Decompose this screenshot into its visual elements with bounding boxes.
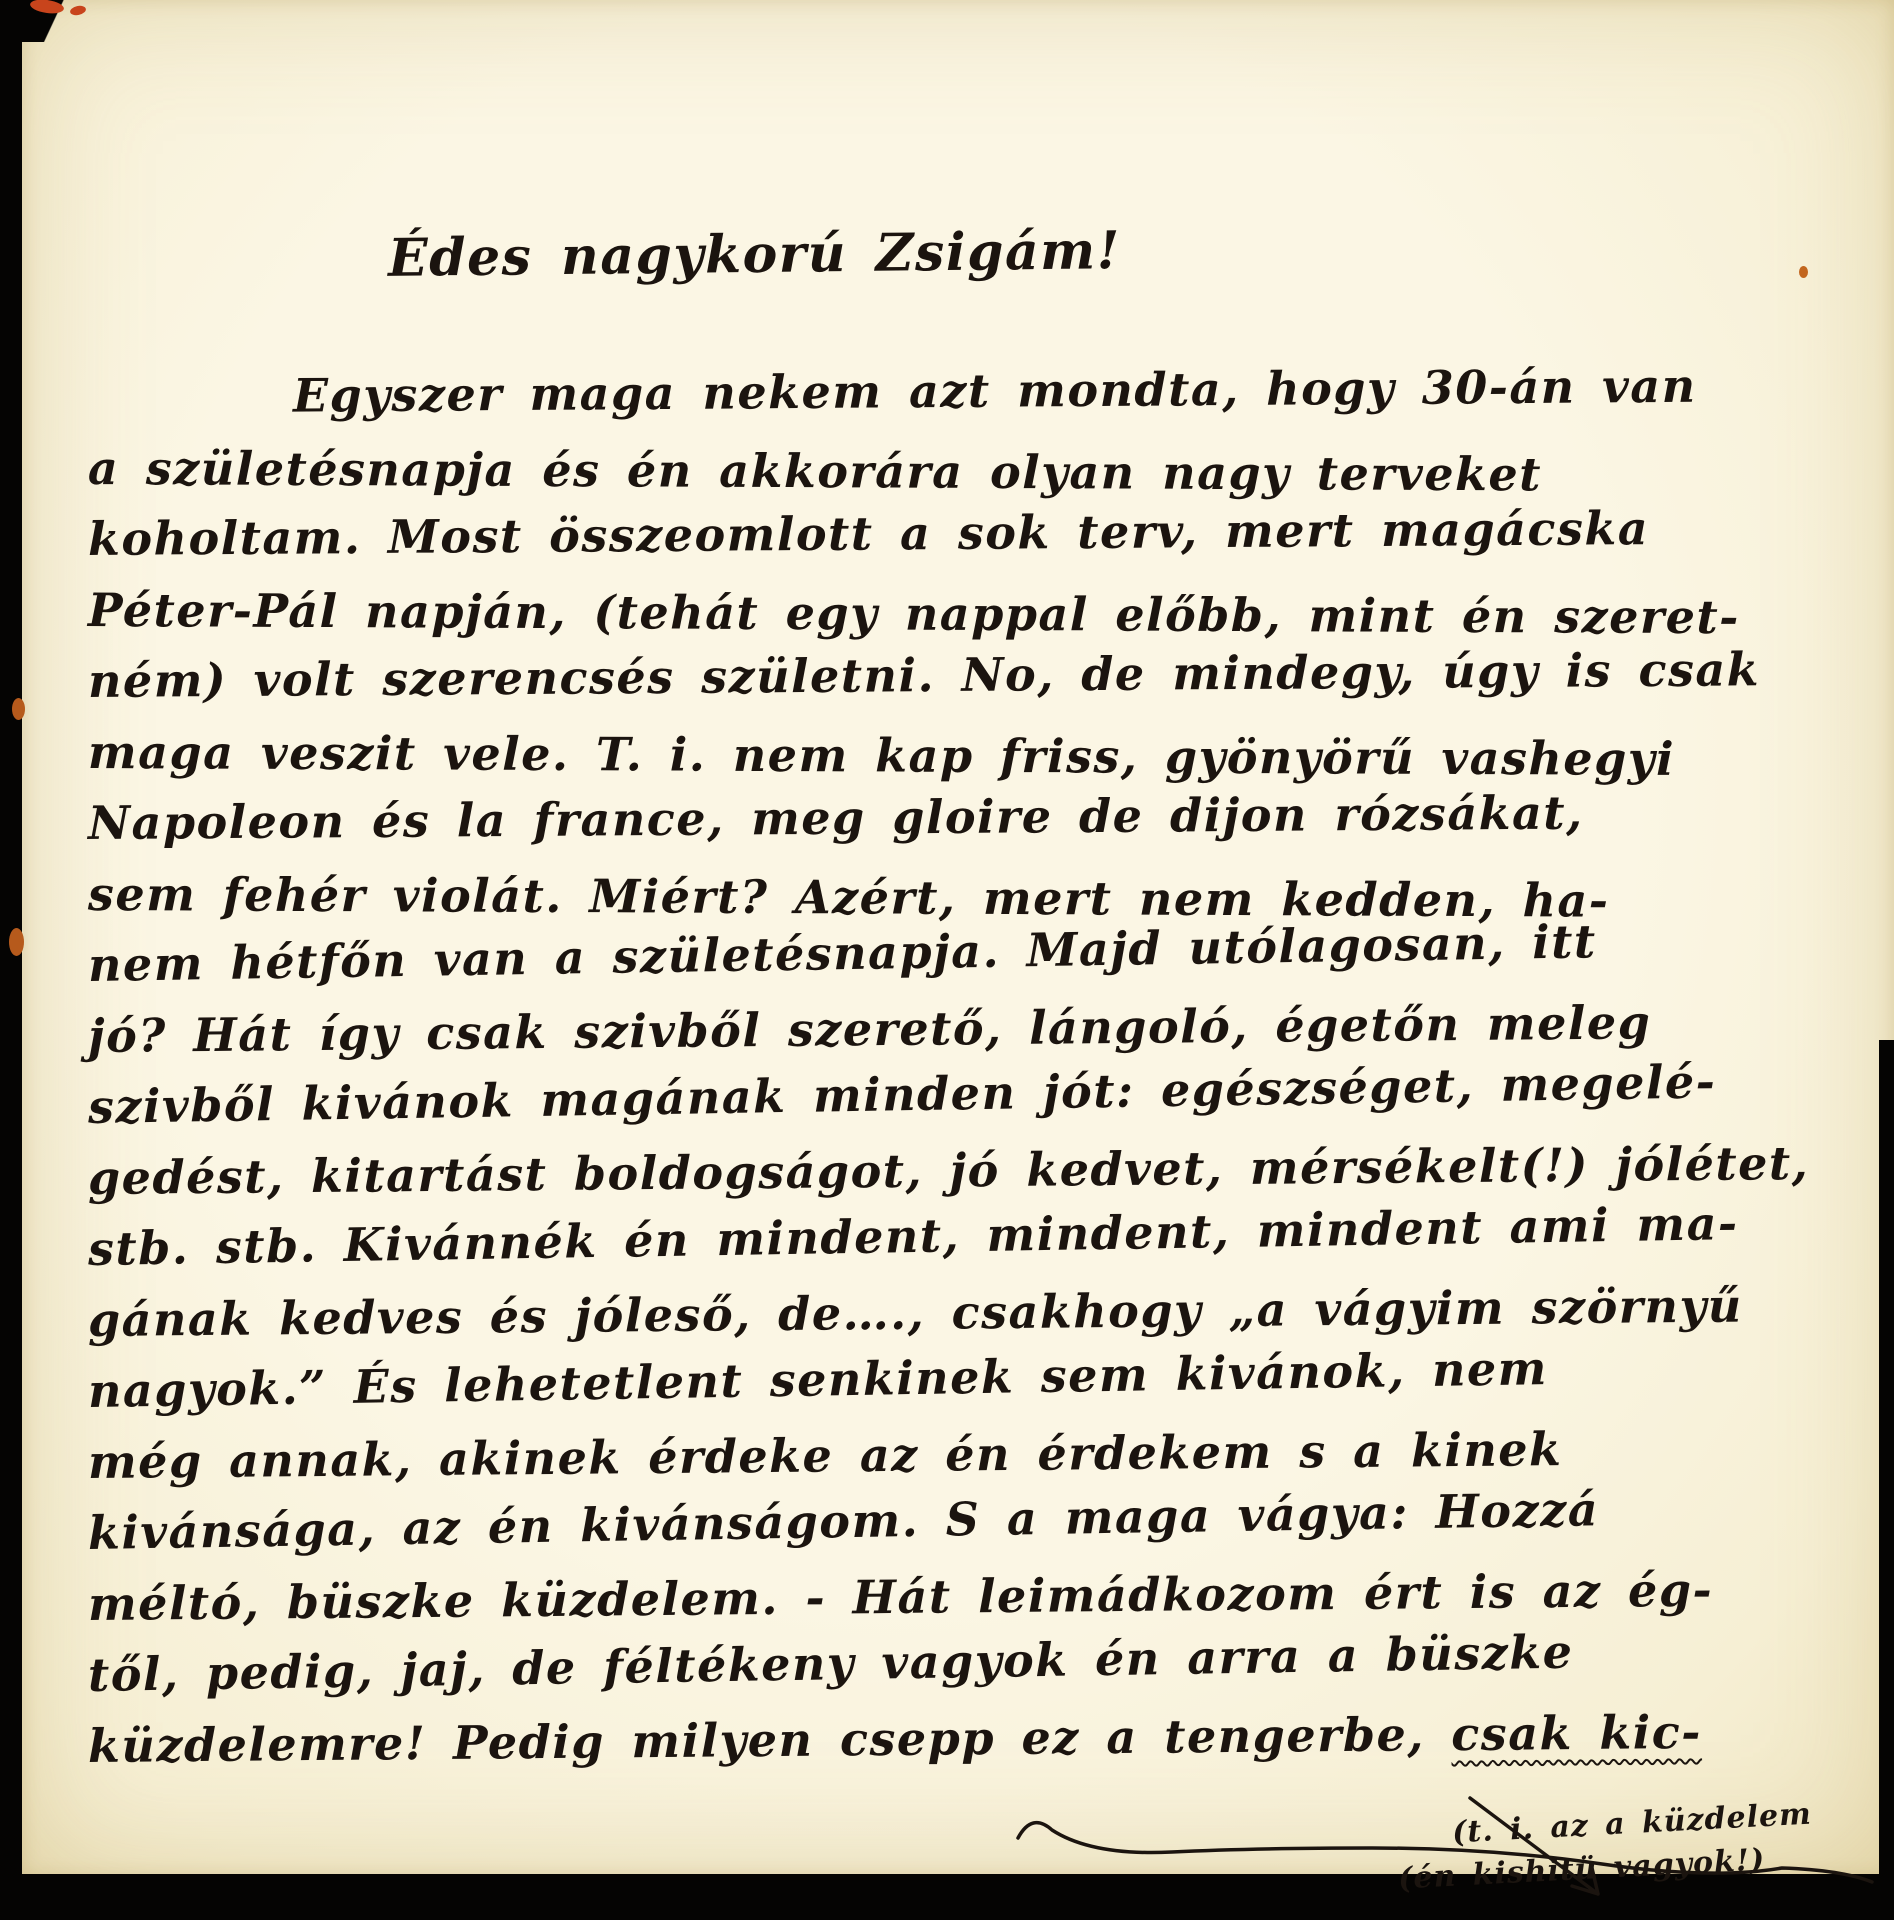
- letter-line: Napoleon és la france, meg gloire de dij…: [88, 776, 1828, 859]
- orange-stain: [12, 698, 25, 720]
- letter-line: koholtam. Most összeomlott a sok terv, m…: [88, 492, 1828, 575]
- closing-line-underlined-phrase: csak kic-: [1451, 1705, 1702, 1761]
- letter-salutation: Édes nagykorú Zsigám!: [388, 220, 1122, 289]
- orange-stain: [9, 928, 24, 956]
- orange-stain: [1799, 266, 1808, 278]
- scan-edge-right: [1879, 1040, 1894, 1920]
- letter-line: ném) volt szerencsés születni. No, de mi…: [88, 634, 1828, 717]
- scan-edge-left: [0, 0, 22, 1920]
- letter-body: Egyszer maga nekem azt mondta, hogy 30-á…: [88, 362, 1828, 1782]
- scanned-letter-page: Édes nagykorú Zsigám! Egyszer maga nekem…: [0, 0, 1894, 1920]
- closing-line-plain: küzdelemre! Pedig milyen csepp ez a teng…: [88, 1707, 1452, 1773]
- letter-line: Egyszer maga nekem azt mondta, hogy 30-á…: [88, 350, 1828, 433]
- letter-closing-line: küzdelemre! Pedig milyen csepp ez a teng…: [88, 1696, 1829, 1782]
